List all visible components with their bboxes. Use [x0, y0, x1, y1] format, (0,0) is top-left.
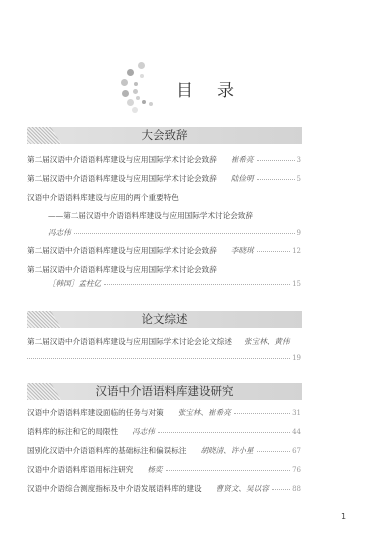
- toc-entry[interactable]: 汉语中介语语料库建设面临的任务与对策 张宝林、崔希亮 31: [27, 405, 301, 420]
- entry-author: 陆俭明: [231, 171, 254, 186]
- toc-entry[interactable]: 汉语中介语语料库语用标注研究 杨奕 76: [27, 462, 301, 477]
- entry-subtitle: ——第二届汉语中介语语料库建设与应用国际学术讨论会致辞: [48, 208, 253, 223]
- toc-entry-author-line[interactable]: 冯志伟 9: [27, 225, 301, 240]
- section-title: 大会致辞: [27, 127, 302, 144]
- entry-author: 胡晓清、许小星: [200, 443, 253, 458]
- entry-title: 第二届汉语中介语语料库建设与应用国际学术讨论会论文综述: [27, 334, 232, 349]
- entry-page: 3: [297, 153, 301, 168]
- toc-entry[interactable]: 第二届汉语中介语语料库建设与应用国际学术讨论会致辞 陆俭明 5: [27, 171, 301, 186]
- entry-page: 19: [292, 351, 301, 366]
- dot-leader: [158, 431, 290, 433]
- dot-leader: [257, 178, 295, 180]
- entry-title: 第二届汉语中介语语料库建设与应用国际学术讨论会致辞: [27, 152, 217, 167]
- entry-title: 汉语中介语语料库建设与应用的两个重要特色: [27, 190, 179, 205]
- entry-author: 冯志伟: [132, 424, 155, 439]
- section-title: 汉语中介语语料库建设研究: [27, 383, 302, 400]
- entry-author: 冯志伟: [48, 225, 71, 240]
- page-number: 1: [341, 512, 346, 521]
- entry-author: ［韩国］孟柱亿: [48, 276, 101, 291]
- toc-entry-title-line[interactable]: 第二届汉语中介语语料库建设与应用国际学术讨论会论文综述 张宝林、黄伟: [27, 334, 301, 349]
- entry-page: 31: [292, 406, 301, 421]
- toc-entry-title-line[interactable]: 第二届汉语中介语语料库建设与应用国际学术讨论会致辞: [27, 262, 301, 277]
- dot-leader: [166, 469, 291, 471]
- decorative-dots-icon: [118, 62, 158, 112]
- section-header-opening-speeches: 大会致辞: [27, 127, 302, 144]
- page-title: 目录: [176, 76, 258, 101]
- entry-author: 杨奕: [147, 462, 162, 477]
- entry-author: 曹贤文、吴以容: [216, 481, 269, 496]
- entry-page: 5: [297, 172, 301, 187]
- entry-author: 张宝林、崔希亮: [178, 405, 231, 420]
- entry-author: 张宝林、黄伟: [244, 334, 290, 349]
- entry-page: 44: [292, 425, 301, 440]
- entry-page: 15: [292, 277, 301, 292]
- section-header-corpus-construction: 汉语中介语语料库建设研究: [27, 383, 302, 400]
- entry-title: 第二届汉语中介语语料库建设与应用国际学术讨论会致辞: [27, 171, 217, 186]
- dot-leader: [257, 450, 290, 452]
- section-title: 论文综述: [27, 311, 302, 328]
- toc-entry-subtitle-line: ——第二届汉语中介语语料库建设与应用国际学术讨论会致辞: [27, 208, 301, 223]
- toc-entry[interactable]: 语料库的标注和它的局限性 冯志伟 44: [27, 424, 301, 439]
- entry-author: 崔希亮: [231, 152, 254, 167]
- entry-page: 88: [292, 482, 301, 497]
- entry-title: 国别化汉语中介语语料库的基础标注和偏误标注: [27, 443, 186, 458]
- toc-entry[interactable]: 国别化汉语中介语语料库的基础标注和偏误标注 胡晓清、许小星 67: [27, 443, 301, 458]
- entry-title: 第二届汉语中介语语料库建设与应用国际学术讨论会致辞: [27, 243, 217, 258]
- entry-title: 汉语中介语综合测度指标及中介语发展语料库的建设: [27, 481, 202, 496]
- toc-entry[interactable]: 第二届汉语中介语语料库建设与应用国际学术讨论会致辞 崔希亮 3: [27, 152, 301, 167]
- entry-page: 76: [292, 463, 301, 478]
- entry-title: 汉语中介语语料库建设面临的任务与对策: [27, 405, 164, 420]
- entry-title: 语料库的标注和它的局限性: [27, 424, 118, 439]
- dot-leader: [104, 283, 290, 285]
- dot-leader: [272, 488, 290, 490]
- entry-title: 汉语中介语语料库语用标注研究: [27, 462, 133, 477]
- entry-page: 12: [292, 244, 301, 259]
- dot-leader: [27, 357, 290, 359]
- toc-entry-author-line[interactable]: ［韩国］孟柱亿 15: [27, 276, 301, 291]
- dot-leader: [234, 412, 290, 414]
- section-header-paper-review: 论文综述: [27, 311, 302, 328]
- entry-author: 李晓琪: [231, 243, 254, 258]
- toc-entry-title-line[interactable]: 汉语中介语语料库建设与应用的两个重要特色: [27, 190, 301, 205]
- toc-entry[interactable]: 第二届汉语中介语语料库建设与应用国际学术讨论会致辞 李晓琪 12: [27, 243, 301, 258]
- dot-leader: [74, 232, 295, 234]
- dot-leader: [257, 159, 295, 161]
- entry-title: 第二届汉语中介语语料库建设与应用国际学术讨论会致辞: [27, 262, 217, 277]
- toc-entry[interactable]: 汉语中介语综合测度指标及中介语发展语料库的建设 曹贤文、吴以容 88: [27, 481, 301, 496]
- entry-page: 67: [292, 444, 301, 459]
- toc-entry-page-line[interactable]: 19: [27, 351, 301, 366]
- entry-page: 9: [297, 226, 301, 241]
- dot-leader: [257, 250, 290, 252]
- toc-title-block: 目录: [118, 62, 248, 112]
